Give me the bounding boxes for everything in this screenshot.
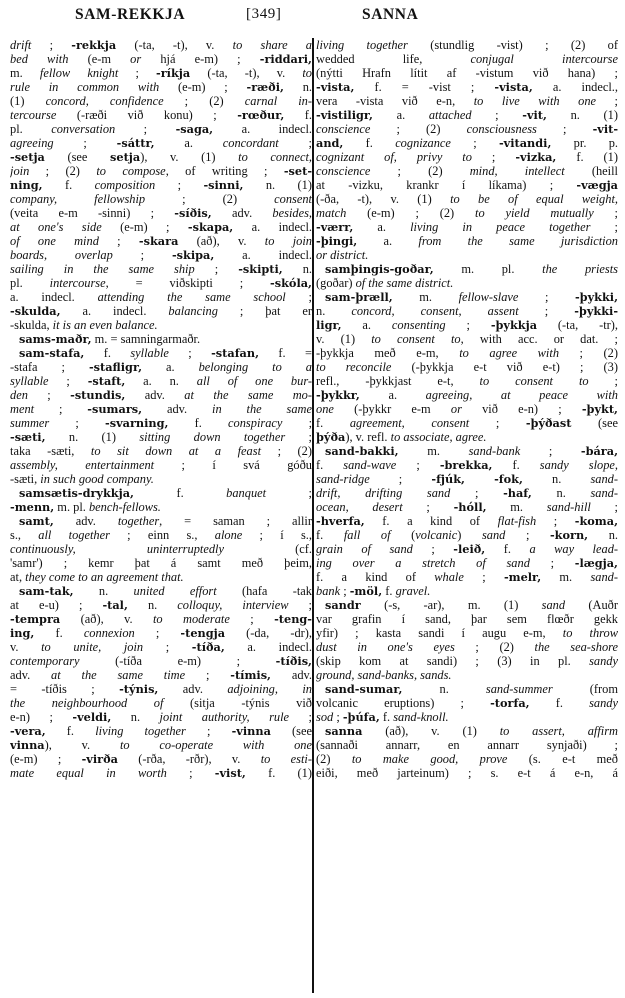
text-line: samsætis-drykkja, f. banquet ; [10, 486, 312, 500]
text-line: -værr, a. living in peace together ; [316, 220, 618, 234]
text-line: -þykkr, a. agreeing, at peace with [316, 388, 618, 402]
text-line: or district. [316, 248, 618, 262]
text-line: join ; (2) to compose, of writing ; -set… [10, 164, 312, 178]
text-line: company, fellowship ; (2) consent [10, 192, 312, 206]
right-column: living together (stundlig -vist) ; (2) o… [316, 38, 618, 780]
text-line: -skulda, a. indecl. balancing ; þat er [10, 304, 312, 318]
text-line: sod ; -þúfa, f. sand-knoll. [316, 710, 618, 724]
text-line: conscience ; (2) consciousness ; -vit- [316, 122, 618, 136]
text-line: n. concord, consent, assent ; -þykki- [316, 304, 618, 318]
text-line: ground, sand-banks, sands. [316, 668, 618, 682]
text-line: grain of sand ; -leið, f. a way lead- [316, 542, 618, 556]
text-line: (skip kom at sandi) ; (3) in pl. sandy [316, 654, 618, 668]
text-line: of one mind ; -skara (að), v. to join [10, 234, 312, 248]
text-line: ocean, desert ; -hóll, m. sand-hill ; [316, 500, 618, 514]
text-line: rule in common with (e-m) ; -ræði, n. [10, 80, 312, 94]
text-line: tercourse (-ræði við konu) ; -rœður, f. [10, 108, 312, 122]
text-line: sam-þræll, m. fellow-slave ; -þykki, [316, 290, 618, 304]
text-line: v. (1) to consent to, with acc. or dat. … [316, 332, 618, 346]
text-line: syllable ; -staft, a. n. all of one bur- [10, 374, 312, 388]
text-line: at e-u) ; -tal, n. colloquy, interview ; [10, 598, 312, 612]
text-line: cognizant of, privy to ; -vizka, f. (1) [316, 150, 618, 164]
text-line: samþingis-goðar, m. pl. the priests [316, 262, 618, 276]
column-divider [312, 38, 314, 993]
text-line: (-ða, -t), v. (1) to be of equal weight, [316, 192, 618, 206]
text-line: ligr, a. consenting ; -þykkja (-ta, -tr)… [316, 318, 618, 332]
text-line: var grafin í sand, þar sem flœðr gekk [316, 612, 618, 626]
text-line: sailing in the same ship ; -skipti, n. [10, 262, 312, 276]
text-line: continuously, uninterruptedly (cf. [10, 542, 312, 556]
text-line: vera -vista við e-n, to live with one ; [316, 94, 618, 108]
text-line: contemporary (-tíða e-m) ; -tíðis, [10, 654, 312, 668]
text-line: pl. conversation ; -saga, a. indecl. [10, 122, 312, 136]
text-line: sanna (að), v. (1) to assert, affirm [316, 724, 618, 738]
text-line: -vistiligr, a. attached ; -vit, n. (1) [316, 108, 618, 122]
text-line: v. to unite, join ; -tíða, a. indecl. [10, 640, 312, 654]
text-line: pl. intercourse, = viðskipti ; -skóla, [10, 276, 312, 290]
text-line: -þykkja með e-m, to agree with ; (2) [316, 346, 618, 360]
text-line: f. agreement, consent ; -þýðast (see [316, 416, 618, 430]
text-line: boards, overlap ; -skipa, a. indecl. [10, 248, 312, 262]
text-line: yfir) ; kasta sandi í augu e-m, to throw [316, 626, 618, 640]
right-guide-word: SANNA [362, 6, 418, 24]
left-guide-word: SAM-REKKJA [75, 6, 185, 24]
text-line: -menn, m. pl. bench-fellows. [10, 500, 312, 514]
text-line: m. fellow knight ; -ríkja (-ta, -t), v. … [10, 66, 312, 80]
text-line: summer ; -svarning, f. conspiracy ; [10, 416, 312, 430]
text-line: living together (stundlig -vist) ; (2) o… [316, 38, 618, 52]
text-line: (goðar) of the same district. [316, 276, 618, 290]
text-line: and, f. cognizance ; -vitandi, pr. p. [316, 136, 618, 150]
text-line: -stafa ; -stafligr, a. belonging to a [10, 360, 312, 374]
text-line: s., all together ; einn s., alone ; í s.… [10, 528, 312, 542]
text-line: -sæti, in such good company. [10, 472, 312, 486]
text-line: conscience ; (2) mind, intellect (heill [316, 164, 618, 178]
text-line: sandr (-s, -ar), m. (1) sand (Auðr [316, 598, 618, 612]
text-line: vinna), v. to co-operate with one [10, 738, 312, 752]
text-line: (2) to make good, prove (s. e-t með [316, 752, 618, 766]
text-line: adv. at the same time ; -tímis, adv. [10, 668, 312, 682]
text-line: a. indecl. attending the same school ; [10, 290, 312, 304]
page-number: [349] [246, 6, 282, 23]
page-header: SAM-REKKJA [349] SANNA [0, 6, 625, 28]
text-line: ment ; -sumars, adv. in the same [10, 402, 312, 416]
text-line: (1) concord, confidence ; (2) carnal in- [10, 94, 312, 108]
text-line: agreeing ; -sáttr, a. concordant ; [10, 136, 312, 150]
left-column: drift ; -rekkja (-ta, -t), v. to share a… [10, 38, 312, 780]
text-line: (e-m) ; -virða (-rða, -rðr), v. to esti- [10, 752, 312, 766]
text-line: sand-sumar, n. sand-summer (from [316, 682, 618, 696]
text-line: sam-stafa, f. syllable ; -stafan, f. = [10, 346, 312, 360]
text-line: ing over a stretch of sand ; -lægja, [316, 556, 618, 570]
text-line: (nýtti Hrafn lítit af -vistum við hana) … [316, 66, 618, 80]
text-line: -hverfa, f. a kind of flat-fish ; -koma, [316, 514, 618, 528]
text-line: -sæti, n. (1) sitting down together ; [10, 430, 312, 444]
text-line: at, they come to an agreement that. [10, 570, 312, 584]
text-line: ing, f. connexion ; -tengja (-da, -dr), [10, 626, 312, 640]
text-line: at -vizku, krankr í líkama) ; -vægja [316, 178, 618, 192]
text-line: drift, drifting sand ; -haf, n. sand- [316, 486, 618, 500]
text-line: to reconcile (-þykkja e-t við e-t) ; (3) [316, 360, 618, 374]
text-line: 'samr') ; kemr þat á samt með þeim, [10, 556, 312, 570]
text-line: (veita e-m -sinni) ; -síðis, adv. beside… [10, 206, 312, 220]
text-line: -þingi, a. from the same jurisdiction [316, 234, 618, 248]
text-line: bank ; -möl, f. gravel. [316, 584, 618, 598]
text-line: assembly, entertainment ; í svá góðu [10, 458, 312, 472]
text-line: sand-bakki, m. sand-bank ; -bára, [316, 444, 618, 458]
text-line: sams-maðr, m. = samningarmaðr. [10, 332, 312, 346]
text-line: -vista, f. = -vist ; -vista, a. indecl., [316, 80, 618, 94]
text-line: f. fall of (volcanic) sand ; -korn, n. [316, 528, 618, 542]
text-line: match (e-m) ; (2) to yield mutually ; [316, 206, 618, 220]
text-line: e-n) ; -veldi, n. joint authority, rule … [10, 710, 312, 724]
text-line: refl., -þykkjast e-t, to consent to ; [316, 374, 618, 388]
text-line: sand-ridge ; -fjúk, -fok, n. sand- [316, 472, 618, 486]
text-line: drift ; -rekkja (-ta, -t), v. to share a [10, 38, 312, 52]
text-line: taka -sæti, to sit down at a feast ; (2) [10, 444, 312, 458]
text-line: sam-tak, n. united effort (hafa -tak [10, 584, 312, 598]
text-line: -setja (see setja), v. (1) to connect, [10, 150, 312, 164]
text-line: = -tíðis ; -týnis, adv. adjoining, in [10, 682, 312, 696]
text-line: samt, adv. together, = saman ; allir [10, 514, 312, 528]
text-line: one (-þykkr e-m or við e-n) ; -þykt, [316, 402, 618, 416]
text-line: dust in one's eyes ; (2) the sea-shore [316, 640, 618, 654]
text-line: -skulda, it is an even balance. [10, 318, 312, 332]
text-line: f. sand-wave ; -brekka, f. sandy slope, [316, 458, 618, 472]
text-line: -tempra (að), v. to moderate ; -teng- [10, 612, 312, 626]
text-line: den ; -stundis, adv. at the same mo- [10, 388, 312, 402]
text-line: wedded life, conjugal intercourse [316, 52, 618, 66]
text-line: the neighbourhood of (sitja -týnis við [10, 696, 312, 710]
text-line: (sannaði annarr, en annarr synjaði) ; [316, 738, 618, 752]
text-line: -vera, f. living together ; -vinna (see [10, 724, 312, 738]
text-line: bed with (e-m or hjá e-m) ; -riddari, [10, 52, 312, 66]
text-line: mate equal in worth ; -vist, f. (1) [10, 766, 312, 780]
text-line: eiði, með jarteinum) ; s. e-t á e-n, á [316, 766, 618, 780]
text-line: at one's side (e-m) ; -skapa, a. indecl. [10, 220, 312, 234]
text-line: ning, f. composition ; -sinni, n. (1) [10, 178, 312, 192]
text-line: f. a kind of whale ; -melr, m. sand- [316, 570, 618, 584]
text-line: volcanic eruptions) ; -torfa, f. sandy [316, 696, 618, 710]
text-line: þýða), v. refl. to associate, agree. [316, 430, 618, 444]
